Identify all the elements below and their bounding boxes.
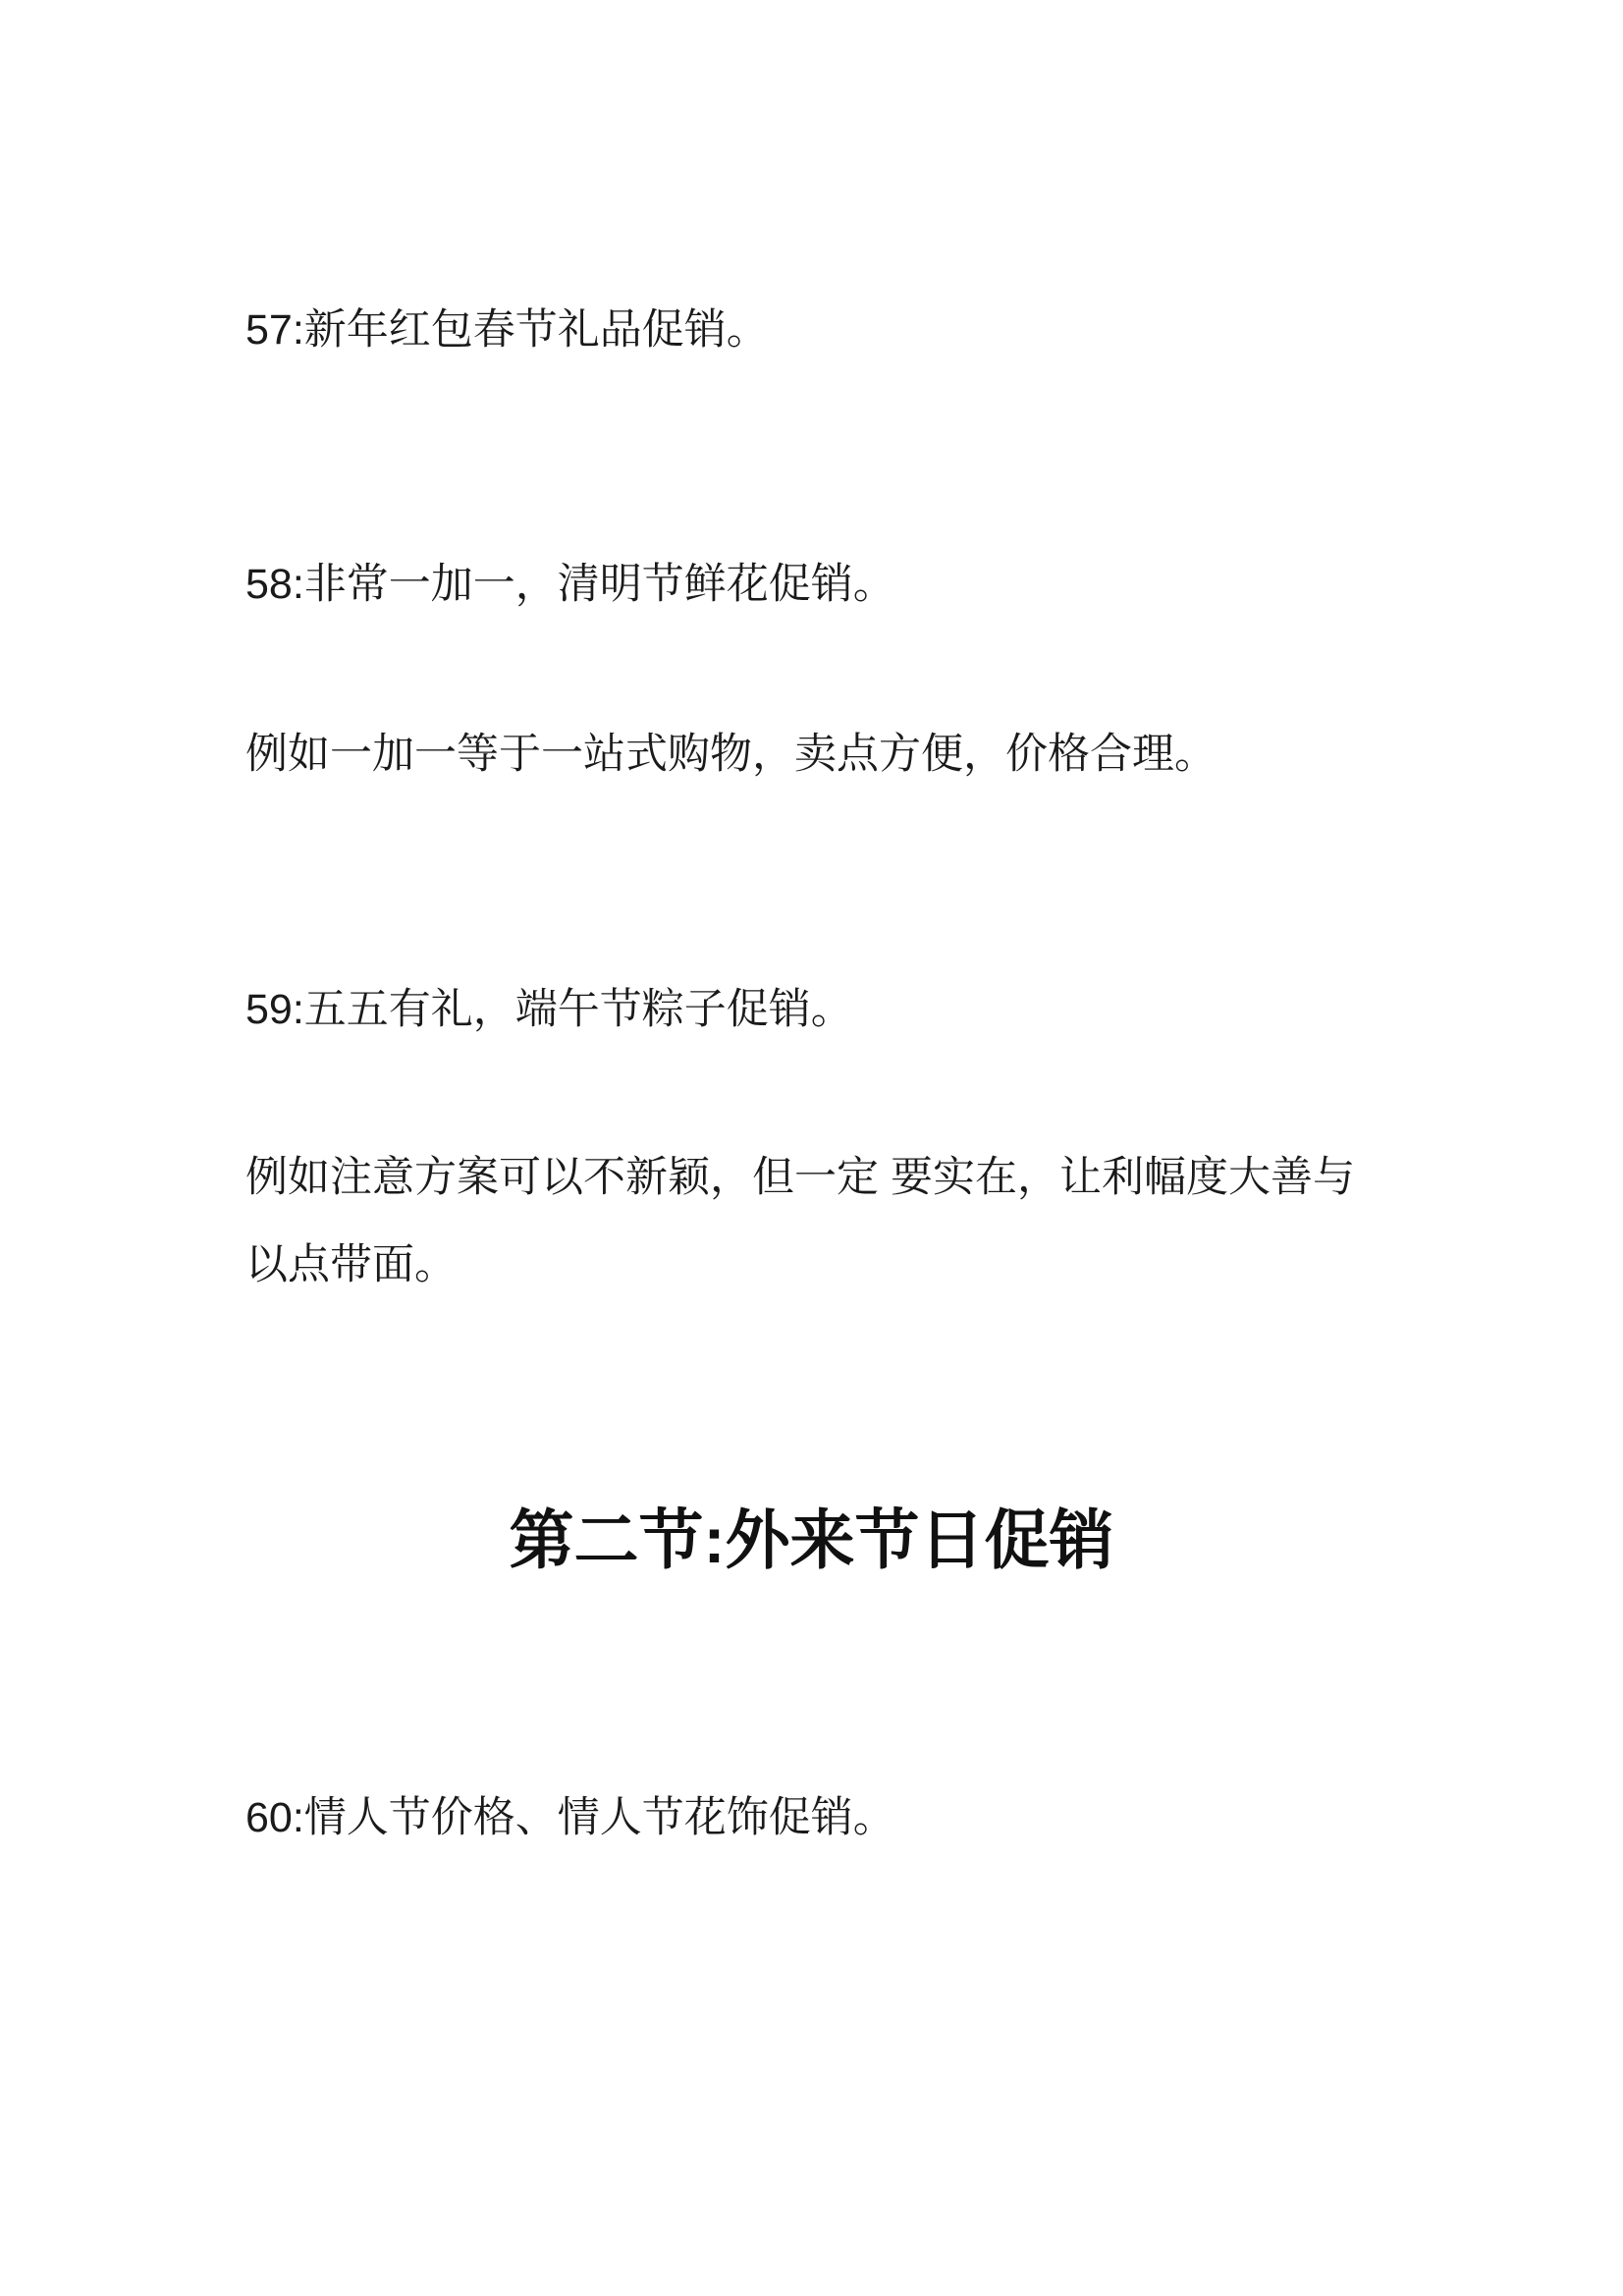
list-item-58: 58:非常一加一，清明节鲜花促销。: [245, 541, 1382, 629]
example-text-59: 例如注意方案可以不新颖，但一定 要实在，让利幅度大善与以点带面。: [245, 1134, 1382, 1309]
example-text-58: 例如一加一等于一站式购物，卖点方便，价格合理。: [245, 711, 1382, 798]
section-heading: 第二节:外来节日促销: [0, 1501, 1623, 1579]
list-item-57: 57:新年红包春节礼品促销。: [245, 287, 1382, 374]
document-page: 57:新年红包春节礼品促销。 58:非常一加一，清明节鲜花促销。 例如一加一等于…: [0, 0, 1623, 2296]
list-item-60: 60:情人节价格、情人节花饰促销。: [245, 1775, 1382, 1862]
list-item-59: 59:五五有礼，端午节粽子促销。: [245, 966, 1382, 1054]
